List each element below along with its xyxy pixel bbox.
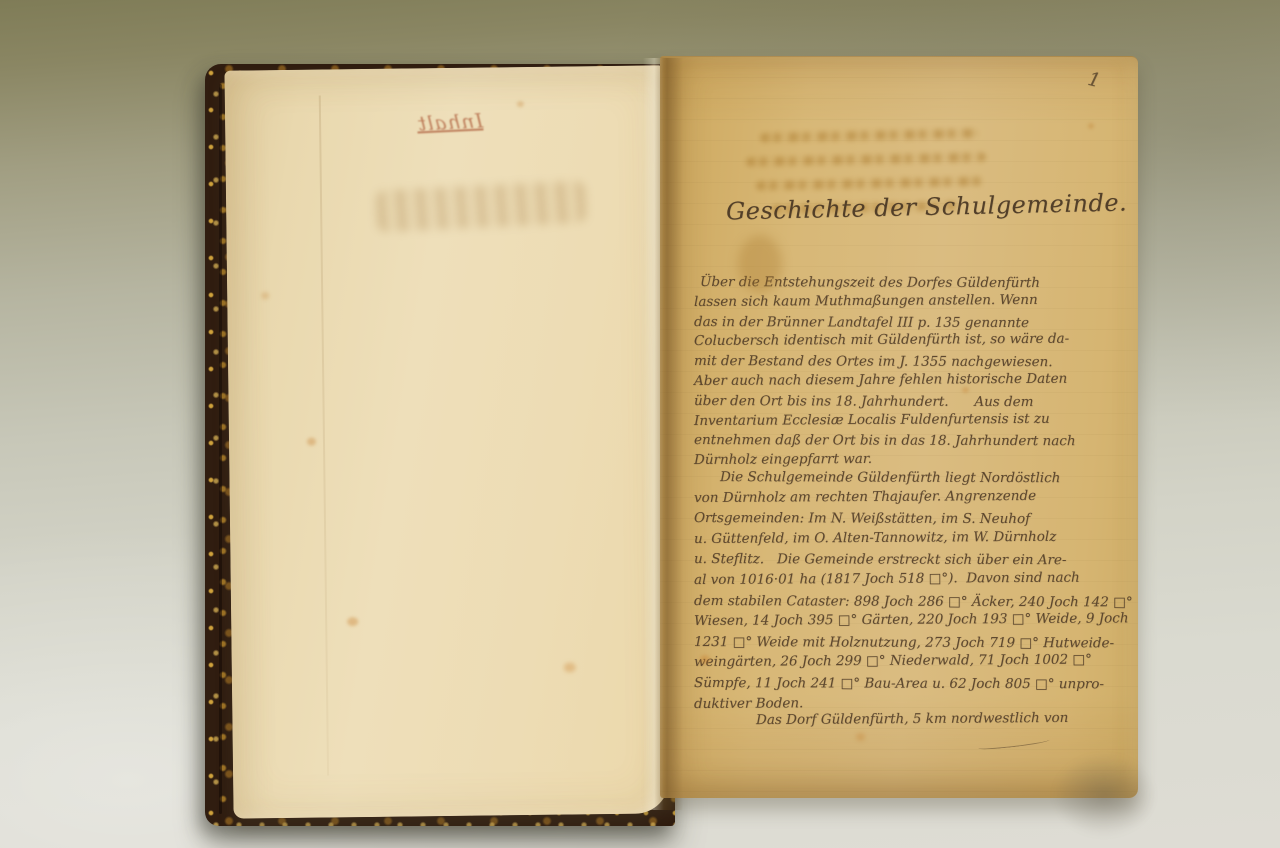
right-page-manuscript: 1 Geschichte der Schulgemeinde. Über die… xyxy=(660,56,1138,798)
foxing-spot xyxy=(261,292,269,299)
bleedthrough-line xyxy=(746,152,986,166)
manuscript-line: von Dürnholz am rechten Thajaufer. Angre… xyxy=(694,485,1133,508)
left-page-blank: Inhalt xyxy=(224,65,669,818)
pen-flourish xyxy=(978,737,1050,750)
manuscript-line: Inventarium Ecclesiæ Localis Fuldenfurte… xyxy=(694,409,1076,431)
page-fold-crease xyxy=(319,96,329,776)
cover-edge-line xyxy=(219,84,222,814)
foxing-spot xyxy=(307,438,316,446)
corner-stain xyxy=(1052,753,1156,837)
paragraph-1: Über die Entstehungszeit des Dorfes Güld… xyxy=(694,273,1076,471)
open-book: Inhalt 1 Geschichte der Schulgemeinde. Ü… xyxy=(205,52,1150,828)
manuscript-line: Wiesen, 14 Joch 395 □° Gärten, 220 Joch … xyxy=(694,608,1133,631)
page-number: 1 xyxy=(1086,68,1103,92)
closing-line: Das Dorf Güldenfürth, 5 km nordwestlich … xyxy=(756,710,1068,728)
page-title: Geschichte der Schulgemeinde. xyxy=(726,188,1128,225)
paragraph-2: Die Schulgemeinde Güldenfürth liegt Nord… xyxy=(694,467,1133,714)
foxing-spot xyxy=(1088,123,1094,129)
bleedthrough-line xyxy=(756,177,984,191)
manuscript-line: u. Güttenfeld, im O. Alten-Tannowitz, im… xyxy=(694,526,1133,549)
foxing-spot xyxy=(347,617,358,626)
photo-scene: Inhalt 1 Geschichte der Schulgemeinde. Ü… xyxy=(0,0,1280,848)
foxing-spot xyxy=(564,662,576,672)
manuscript-line: al von 1016·01 ha (1817 Joch 518 □°). Da… xyxy=(694,567,1133,590)
manuscript-line: weingärten, 26 Joch 299 □° Niederwald, 7… xyxy=(694,650,1133,673)
foxing-spot xyxy=(517,101,524,107)
manuscript-line: Aber auch nach diesem Jahre fehlen histo… xyxy=(694,370,1076,392)
manuscript-line: Colucbersch identisch mit Güldenfürth is… xyxy=(694,330,1076,352)
ghost-bleedthrough-title: Inhalt xyxy=(417,108,484,135)
foxing-spot xyxy=(856,733,865,741)
bleedthrough-smudge xyxy=(375,181,587,233)
manuscript-line: lassen sich kaum Muthmaßungen anstellen.… xyxy=(694,290,1076,312)
bleedthrough-line xyxy=(760,129,978,143)
